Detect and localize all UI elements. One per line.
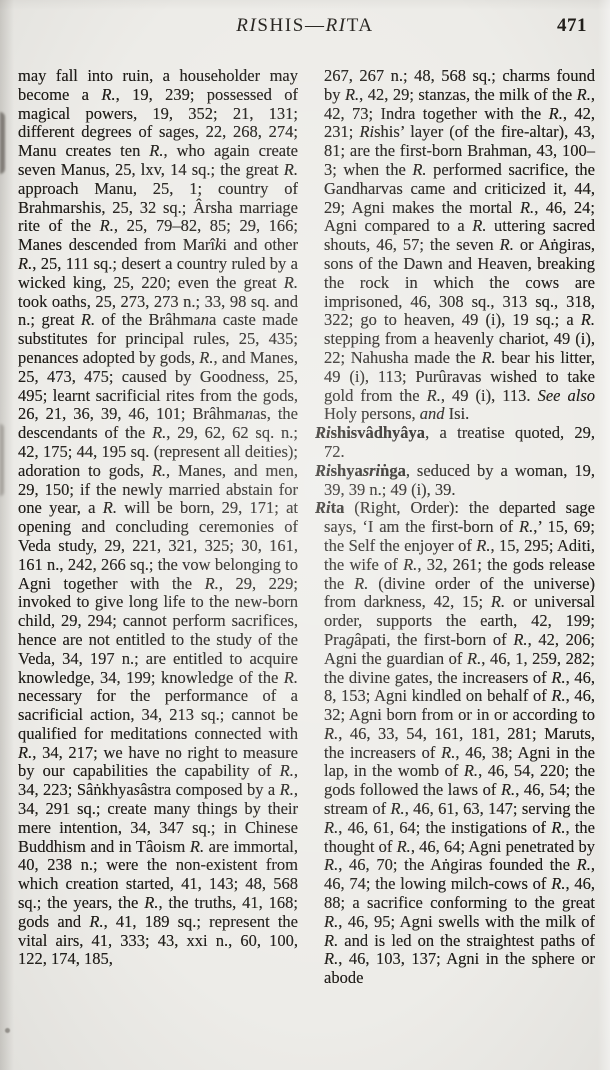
- index-entry: Rita (Right, Order): the departed sage s…: [315, 499, 595, 988]
- page-number: 471: [557, 15, 587, 37]
- right-column: 267, 267 n.; 48, 568 sq.; charms found b…: [315, 67, 595, 988]
- running-header: RISHIS—RITA 471: [0, 15, 610, 43]
- scan-artifact-speck: [5, 1028, 10, 1033]
- index-entry: Rishisvâdhyâya, a treatise quoted, 29, 7…: [315, 424, 595, 462]
- index-entry: Rishyasriṅga, seduced by a woman, 19, 39…: [315, 462, 595, 500]
- index-entry-continuation: 267, 267 n.; 48, 568 sq.; charms found b…: [315, 67, 595, 424]
- book-page-scan: RISHIS—RITA 471 may fall into ruin, a ho…: [0, 0, 610, 1070]
- index-text-block: may fall into ruin, a householder may be…: [0, 43, 610, 988]
- index-entry-continuation: may fall into ruin, a householder may be…: [18, 67, 298, 969]
- running-title: RISHIS—RITA: [0, 15, 610, 37]
- left-column: may fall into ruin, a householder may be…: [18, 67, 298, 988]
